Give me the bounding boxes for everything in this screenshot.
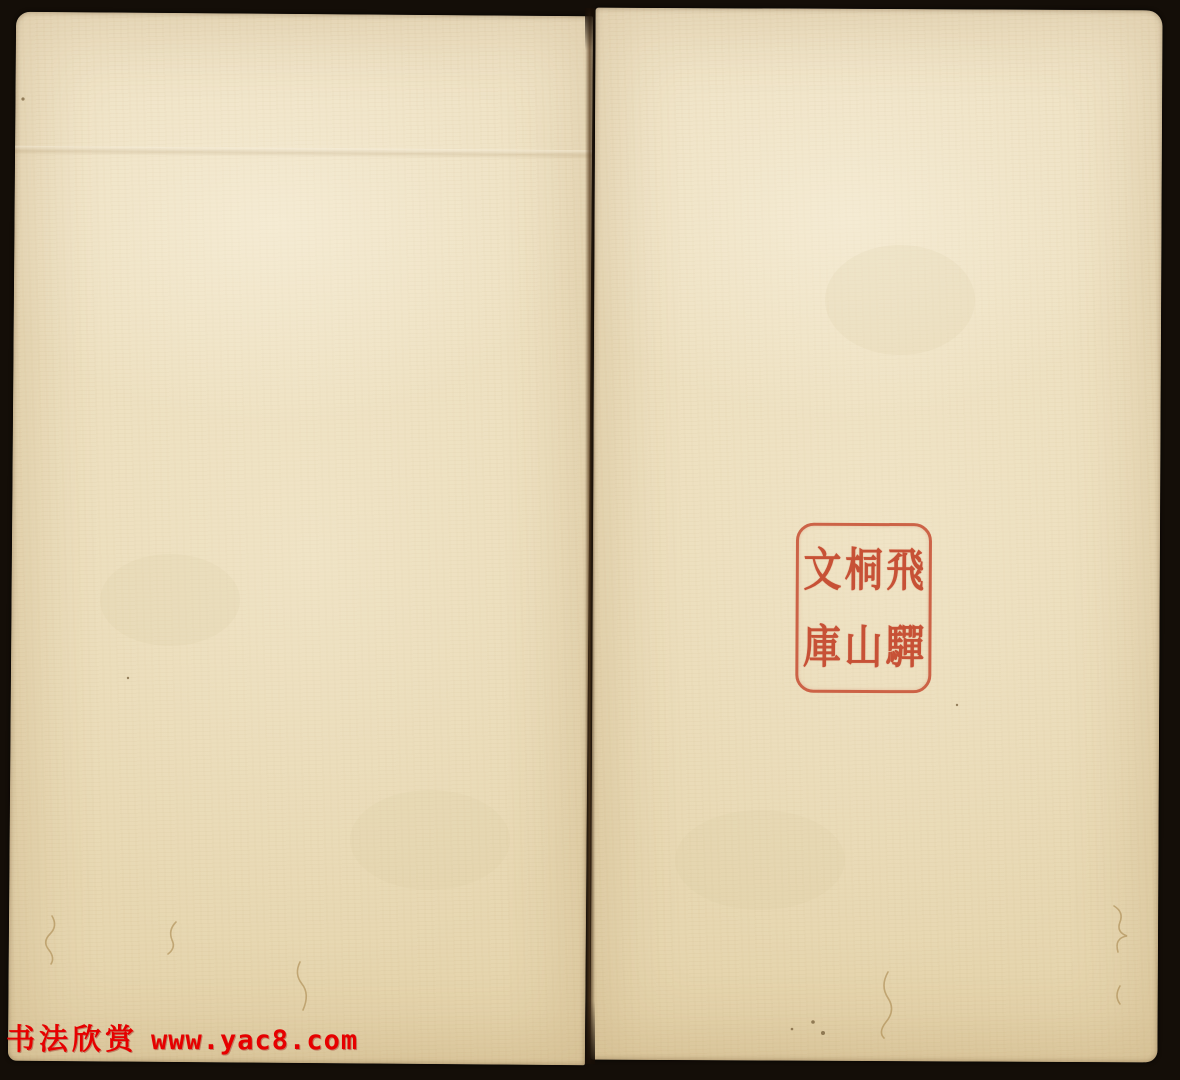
right-page: 飛 驒 桐 山 文 庫 (590, 8, 1162, 1063)
collection-seal-stamp: 飛 驒 桐 山 文 庫 (795, 523, 932, 694)
left-page (8, 12, 593, 1065)
watermark-url: www.yac8.com (151, 1025, 358, 1056)
seal-character: 山 (843, 599, 885, 693)
watermark-site-name: 书法欣赏 (6, 1017, 138, 1058)
site-watermark: 书法欣赏 www.yac8.com (6, 1017, 358, 1058)
seal-character: 庫 (801, 599, 843, 693)
page-gutter (585, 8, 595, 1064)
fold-crease (15, 146, 592, 160)
seal-character: 驒 (884, 600, 926, 694)
book-scan: 飛 驒 桐 山 文 庫 (0, 0, 1180, 1080)
